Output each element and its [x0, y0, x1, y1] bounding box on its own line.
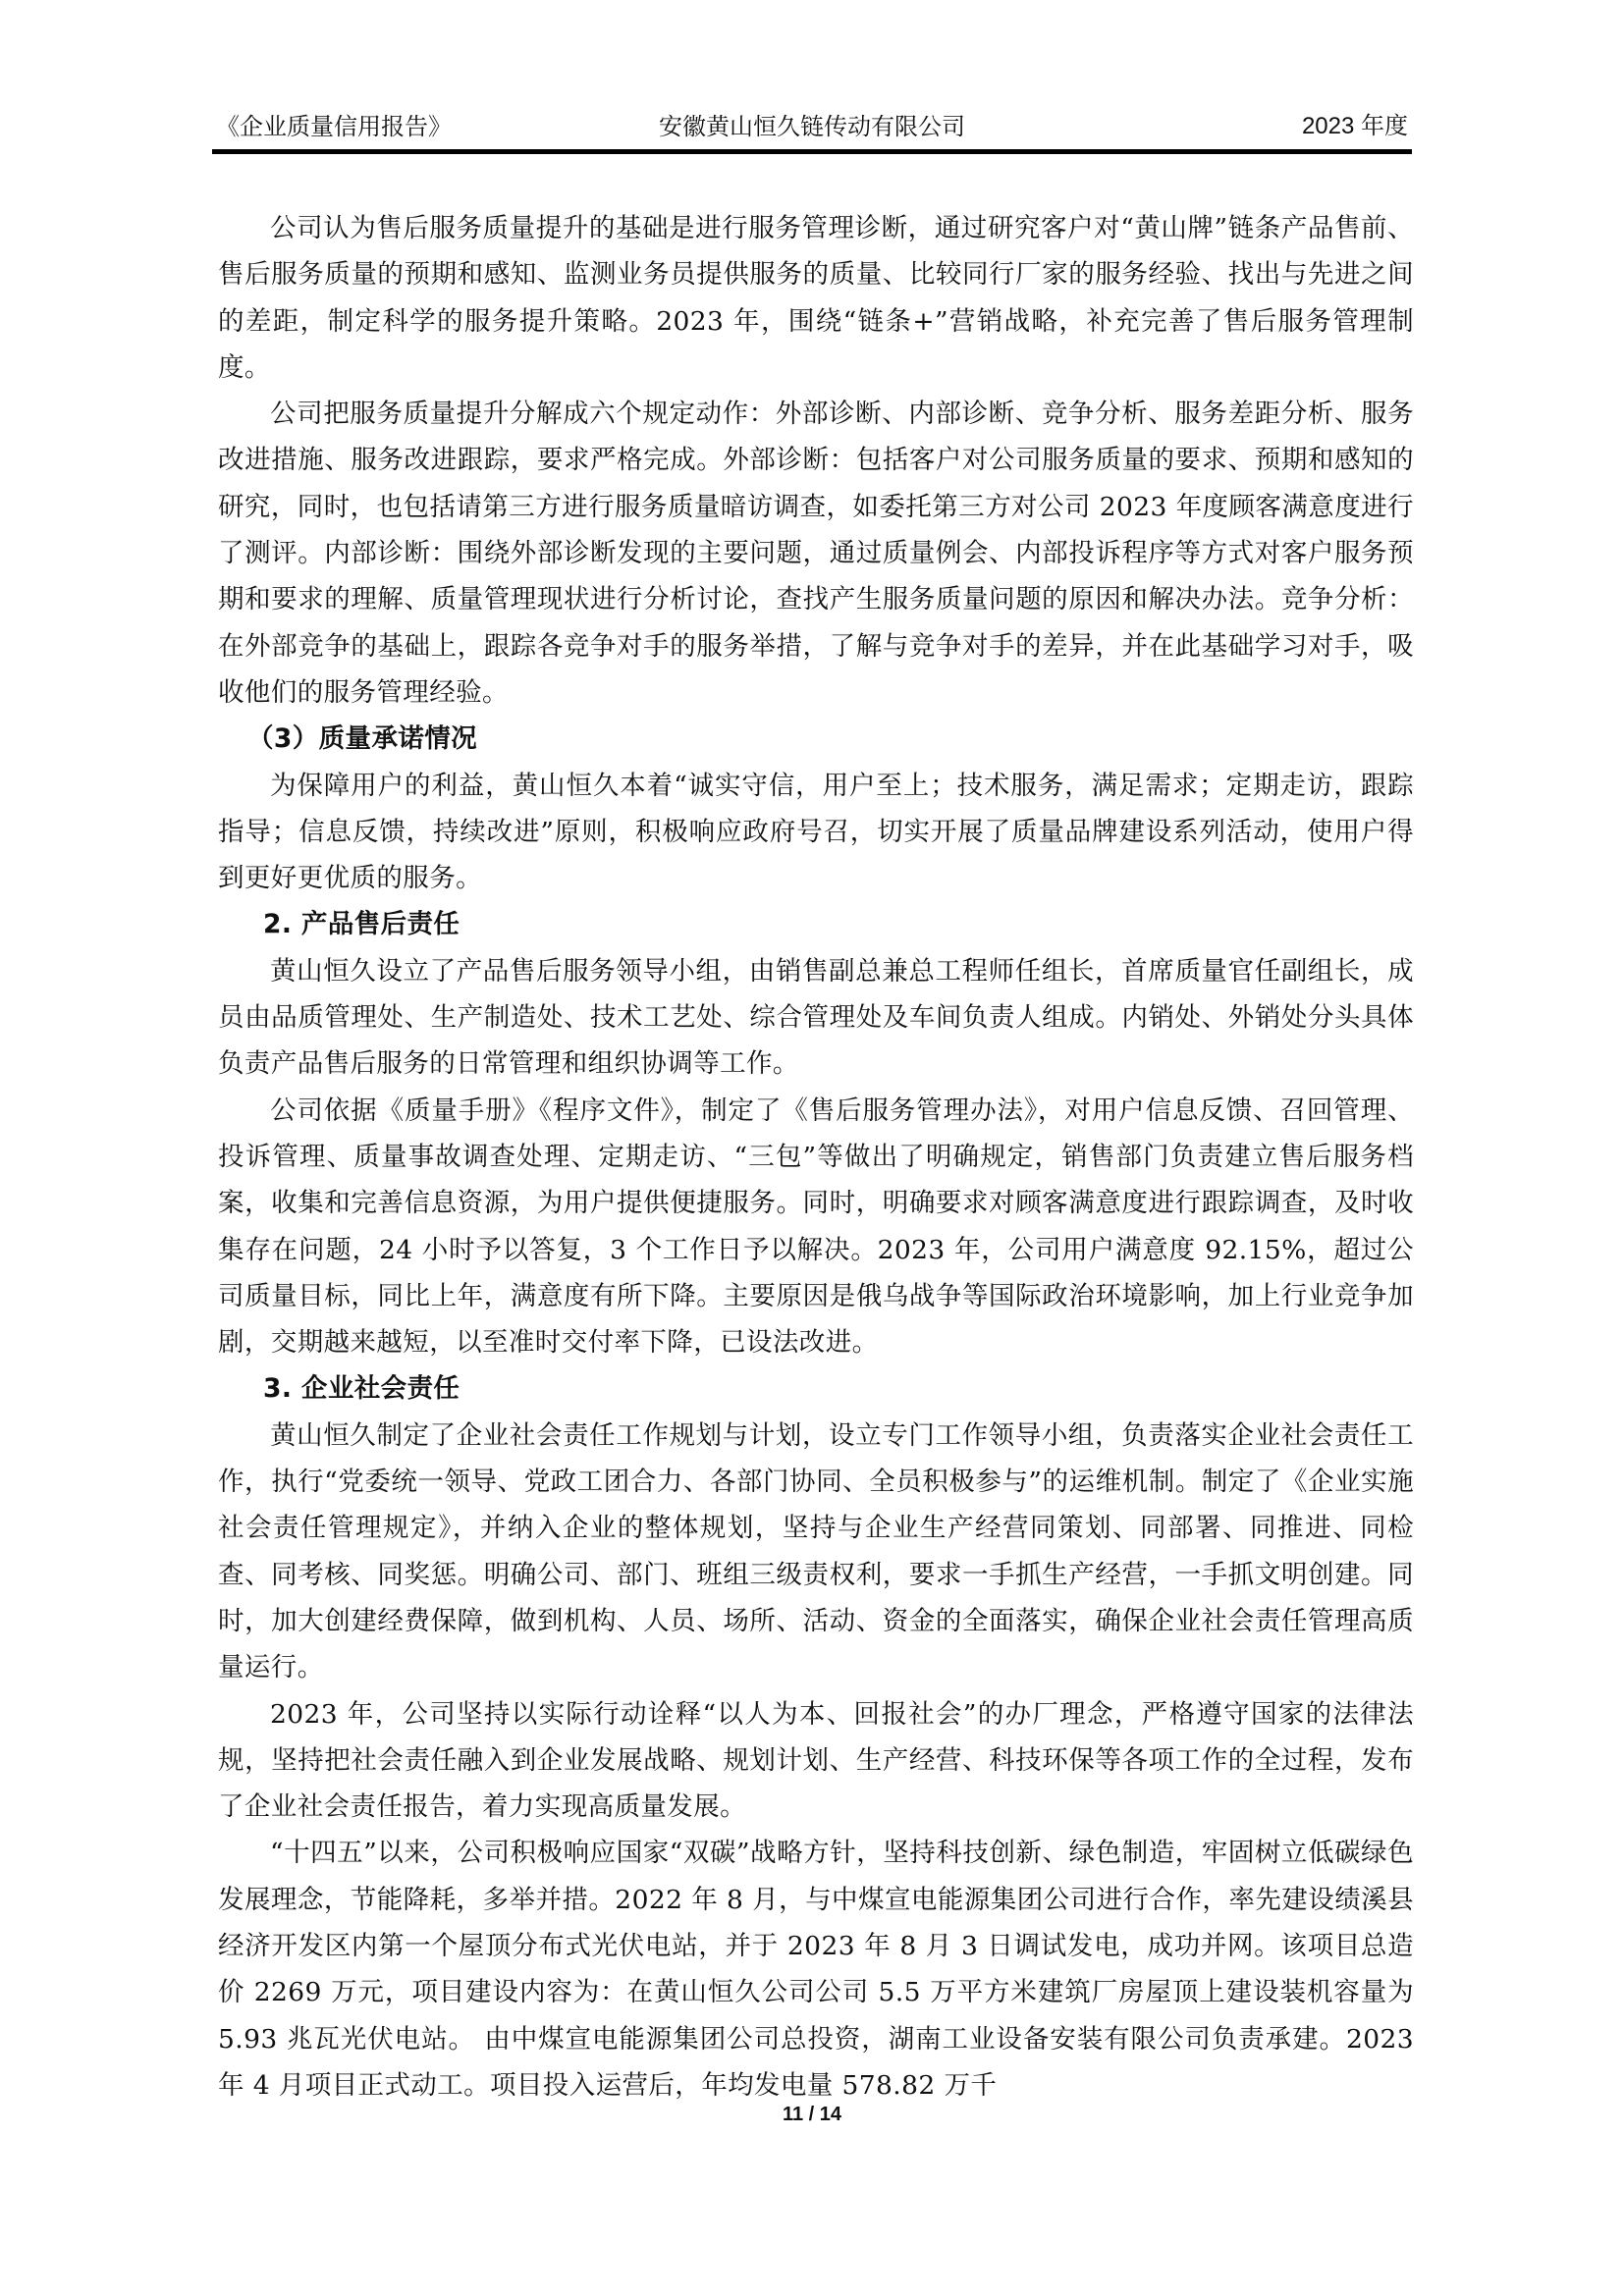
report-year: 2023 年度 [1302, 110, 1408, 143]
paragraph-social-2023: 2023 年，公司坚持以实际行动诠释“以人为本、回报社会”的办厂理念，严格遵守国… [218, 1691, 1414, 1831]
paragraph-quality-commitment: 为保障用户的利益，黄山恒久本着“诚实守信，用户至上；技术服务，满足需求；定期走访… [218, 763, 1414, 902]
page-number: 11 / 14 [0, 2104, 1624, 2126]
document-body: 公司认为售后服务质量提升的基础是进行服务管理诊断，通过研究客户对“黄山牌”链条产… [218, 205, 1414, 2109]
company-name: 安徽黄山恒久链传动有限公司 [212, 110, 1412, 143]
paragraph-six-actions: 公司把服务质量提升分解成六个规定动作：外部诊断、内部诊断、竞争分析、服务差距分析… [218, 391, 1414, 716]
heading-social-responsibility: 3. 企业社会责任 [218, 1365, 1414, 1412]
page-header: 《企业质量信用报告》 安徽黄山恒久链传动有限公司 2023 年度 [212, 110, 1412, 154]
heading-quality-commitment: （3）质量承诺情况 [218, 716, 1414, 762]
paragraph-after-sales-policy: 公司依据《质量手册》《程序文件》，制定了《售后服务管理办法》，对用户信息反馈、召… [218, 1088, 1414, 1366]
paragraph-social-plan: 黄山恒久制定了企业社会责任工作规划与计划，设立专门工作领导小组，负责落实企业社会… [218, 1413, 1414, 1691]
paragraph-after-sales-team: 黄山恒久设立了产品售后服务领导小组，由销售副总兼总工程师任组长，首席质量官任副组… [218, 948, 1414, 1088]
paragraph-solar-project: “十四五”以来，公司积极响应国家“双碳”战略方针，坚持科技创新、绿色制造，牢固树… [218, 1830, 1414, 2109]
heading-after-sales-responsibility: 2. 产品售后责任 [218, 901, 1414, 947]
paragraph-service-diagnosis: 公司认为售后服务质量提升的基础是进行服务管理诊断，通过研究客户对“黄山牌”链条产… [218, 205, 1414, 391]
